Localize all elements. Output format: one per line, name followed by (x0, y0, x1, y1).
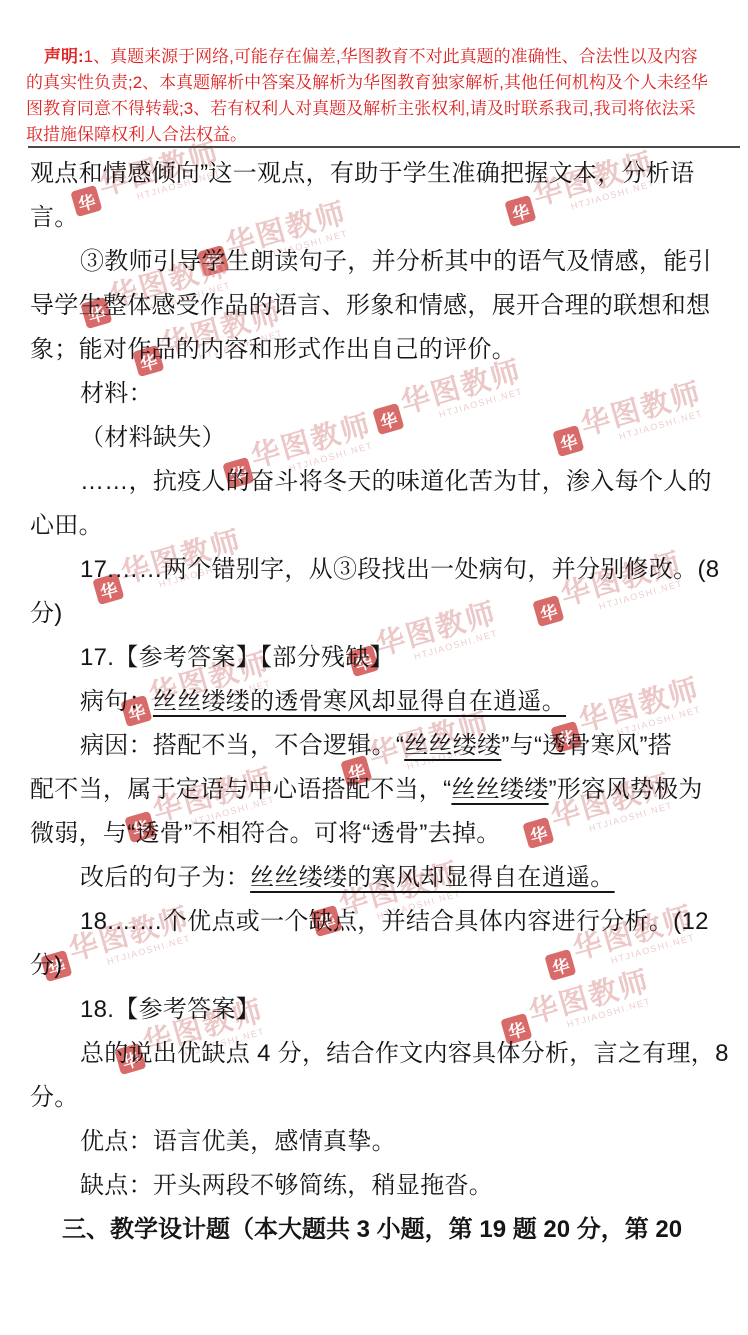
text-segment: 导学生整体感受作品的语言、形象和情感，展开合理的联想和想 (30, 292, 710, 319)
text-line: 象；能对作品的内容和形式作出自己的评价。 (30, 328, 720, 372)
text-segment: 微弱，与“透骨”不相符合。可将“透骨”去掉。 (30, 820, 501, 847)
text-line: 微弱，与“透骨”不相符合。可将“透骨”去掉。 (30, 812, 720, 856)
text-line: 总的说出优缺点 4 分，结合作文内容具体分析，言之有理，8 (30, 1032, 720, 1076)
text-segment: ③教师引导学生朗读句子，并分析其中的语气及情感，能引 (80, 248, 712, 275)
document-body: 观点和情感倾向”这一观点，有助于学生准确把握文本，分析语言。③教师引导学生朗读句… (30, 152, 720, 1252)
text-segment: 观点和情感倾向”这一观点，有助于学生准确把握文本，分析语 (30, 160, 694, 187)
disclaimer-line: 取措施保障权利人合法权益。 (26, 122, 745, 148)
text-segment: 配不当，属于定语与中心语搭配不当，“ (30, 776, 451, 803)
disclaimer-line: 的真实性负责;2、本真题解析中答案及解析为华图教育独家解析,其他任何机构及个人未… (26, 70, 745, 96)
text-line: 心田。 (30, 504, 720, 548)
disclaimer-line: 图教育同意不得转载;3、若有权利人对真题及解析主张权利,请及时联系我司,我司将依… (26, 96, 745, 122)
text-segment: 分) (30, 600, 63, 627)
text-segment: 缺点：开头两段不够简练，稍显拖沓。 (80, 1172, 493, 1199)
underlined-text: 丝丝缕缕 (404, 732, 501, 759)
text-line: 观点和情感倾向”这一观点，有助于学生准确把握文本，分析语 (30, 152, 720, 196)
text-line: 缺点：开头两段不够简练，稍显拖沓。 (30, 1164, 720, 1208)
text-segment: 17.……两个错别字，从③段找出一处病句，并分别修改。(8 (80, 556, 719, 583)
text-line: 18.……个优点或一个缺点，并结合具体内容进行分析。(12 (30, 900, 720, 944)
text-line: 材料： (30, 372, 720, 416)
text-line: 三、教学设计题（本大题共 3 小题，第 19 题 20 分，第 20 (30, 1208, 720, 1252)
text-segment: 三、教学设计题（本大题共 3 小题，第 19 题 20 分，第 20 (62, 1216, 682, 1243)
text-segment: 17.【参考答案】【部分残缺】 (80, 644, 394, 671)
text-segment: ”形容风势极为 (549, 776, 703, 803)
text-segment: 象；能对作品的内容和形式作出自己的评价。 (30, 336, 516, 363)
text-line: 17.【参考答案】【部分残缺】 (30, 636, 720, 680)
underlined-text: 丝丝缕缕的寒风却显得自在逍遥。 (250, 864, 615, 891)
text-segment: 优点：语言优美，感情真挚。 (80, 1128, 396, 1155)
text-segment: 材料： (80, 380, 153, 407)
text-line: 配不当，属于定语与中心语搭配不当，“丝丝缕缕”形容风势极为 (30, 768, 720, 812)
text-line: 优点：语言优美，感情真挚。 (30, 1120, 720, 1164)
text-line: 17.……两个错别字，从③段找出一处病句，并分别修改。(8 (30, 548, 720, 592)
text-segment: 分。 (30, 1084, 79, 1111)
text-segment: 分) (30, 952, 63, 979)
underlined-text: 丝丝缕缕的透骨寒风却显得自在逍遥。 (153, 688, 566, 715)
text-segment: ”与“透骨寒风”搭 (501, 732, 672, 759)
text-line: 导学生整体感受作品的语言、形象和情感，展开合理的联想和想 (30, 284, 720, 328)
disclaimer-line: 声明:1、真题来源于网络,可能存在偏差,华图教育不对此真题的准确性、合法性以及内… (26, 44, 745, 70)
text-segment: 18.……个优点或一个缺点，并结合具体内容进行分析。(12 (80, 908, 709, 935)
disclaimer-label: 声明: (44, 47, 84, 66)
text-line: 言。 (30, 196, 720, 240)
disclaimer: 声明:1、真题来源于网络,可能存在偏差,华图教育不对此真题的准确性、合法性以及内… (26, 44, 745, 148)
text-segment: 改后的句子为： (80, 864, 250, 891)
text-line: 分) (30, 944, 720, 988)
text-line: 分。 (30, 1076, 720, 1120)
text-line: 改后的句子为：丝丝缕缕的寒风却显得自在逍遥。 (30, 856, 720, 900)
document-page: 华华图教师HTJIAOSHI.NET华华图教师HTJIAOSHI.NET华华图教… (0, 0, 748, 1335)
text-segment: （材料缺失） (80, 424, 226, 451)
text-line: ③教师引导学生朗读句子，并分析其中的语气及情感，能引 (30, 240, 720, 284)
text-segment: 病因：搭配不当，不合逻辑。“ (80, 732, 404, 759)
text-line: 病句：丝丝缕缕的透骨寒风却显得自在逍遥。 (30, 680, 720, 724)
text-segment: 总的说出优缺点 4 分，结合作文内容具体分析，言之有理，8 (80, 1040, 729, 1067)
text-line: ……，抗疫人的奋斗将冬天的味道化苦为甘，渗入每个人的 (30, 460, 720, 504)
text-line: 18.【参考答案】 (30, 988, 720, 1032)
underlined-text: 丝丝缕缕 (451, 776, 548, 803)
text-line: 病因：搭配不当，不合逻辑。“丝丝缕缕”与“透骨寒风”搭 (30, 724, 720, 768)
text-segment: 病句： (80, 688, 153, 715)
text-segment: 心田。 (30, 512, 103, 539)
separator-line (28, 146, 740, 148)
text-segment: ……，抗疫人的奋斗将冬天的味道化苦为甘，渗入每个人的 (80, 468, 712, 495)
text-segment: 言。 (30, 204, 79, 231)
text-line: （材料缺失） (30, 416, 720, 460)
text-line: 分) (30, 592, 720, 636)
text-segment: 18.【参考答案】 (80, 996, 260, 1023)
